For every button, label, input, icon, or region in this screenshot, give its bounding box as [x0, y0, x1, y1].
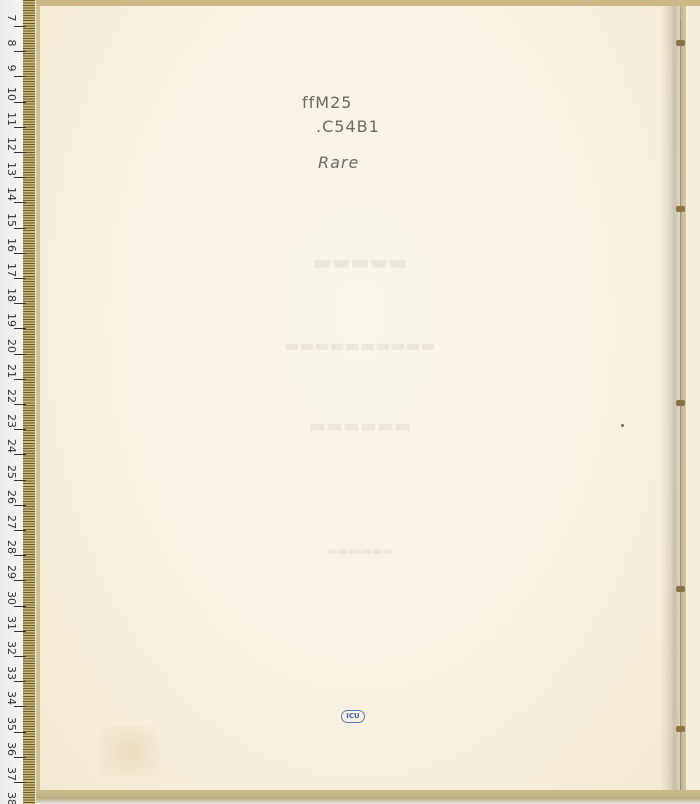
bleed-through-text: ▬▬▬▬▬▬ — [40, 416, 680, 437]
ruler-label: 8 — [4, 33, 18, 53]
ruler-label: 9 — [4, 58, 18, 78]
pencil-callnumber-line1: ffM25 — [302, 92, 352, 114]
ruler-label: 34 — [4, 688, 18, 708]
ruler-label: 30 — [4, 588, 18, 608]
ruler-label: 33 — [4, 663, 18, 683]
ruler-label: 24 — [4, 436, 18, 456]
ruler-label: 32 — [4, 638, 18, 658]
ruler-label: 7 — [4, 8, 18, 28]
book-page: ▬▬▬▬▬ ▬▬▬▬▬▬▬▬▬▬ ▬▬▬▬▬▬ ▬▬▬▬▬▬ ffM25 .C5… — [40, 6, 680, 790]
binding-stitch — [676, 206, 685, 212]
ruler-label: 28 — [4, 537, 18, 557]
ruler-label: 20 — [4, 336, 18, 356]
binding-stitch — [676, 40, 685, 46]
next-leaf-edge — [686, 6, 700, 790]
ruler-label: 38 — [4, 789, 18, 804]
ruler-label: 26 — [4, 487, 18, 507]
ruler-label: 23 — [4, 411, 18, 431]
ruler-label: 15 — [4, 210, 18, 230]
binding-stitch — [676, 400, 685, 406]
ruler-label: 29 — [4, 562, 18, 582]
pencil-rare-note: Rare — [318, 152, 359, 174]
bleed-through-text: ▬▬▬▬▬▬▬▬▬▬ — [40, 336, 680, 355]
binding-gutter — [660, 6, 686, 790]
ruler-label: 31 — [4, 613, 18, 633]
ruler-label: 18 — [4, 285, 18, 305]
ruler-label: 16 — [4, 235, 18, 255]
binding-stitch — [676, 586, 685, 592]
ruler-label: 21 — [4, 361, 18, 381]
bleed-through-text: ▬▬▬▬▬▬ — [40, 544, 680, 558]
ruler-label: 27 — [4, 512, 18, 532]
ruler-label: 17 — [4, 260, 18, 280]
ruler-label: 22 — [4, 386, 18, 406]
ruler-label: 19 — [4, 310, 18, 330]
ruler-label: 13 — [4, 159, 18, 179]
ruler-label: 37 — [4, 764, 18, 784]
ruler-label: 25 — [4, 462, 18, 482]
ruler-label: 35 — [4, 714, 18, 734]
foxing-stain — [100, 726, 160, 776]
binding-stitch — [676, 726, 685, 732]
ruler-label: 12 — [4, 134, 18, 154]
ruler-label: 14 — [4, 184, 18, 204]
ruler-label: 11 — [4, 109, 18, 129]
measuring-ruler: 7891011121314151617181920212223242526272… — [0, 0, 37, 804]
ruler-label: 36 — [4, 739, 18, 759]
paper-speck — [621, 424, 624, 427]
bleed-through-text: ▬▬▬▬▬ — [40, 250, 680, 274]
cover-bottom-edge — [36, 790, 700, 804]
pencil-callnumber-line2: .C54B1 — [316, 116, 380, 138]
library-stamp: ICU — [341, 710, 365, 723]
scanned-page: 7891011121314151617181920212223242526272… — [0, 0, 700, 804]
ruler-label: 10 — [4, 84, 18, 104]
ruler-tick-strip — [23, 0, 35, 804]
